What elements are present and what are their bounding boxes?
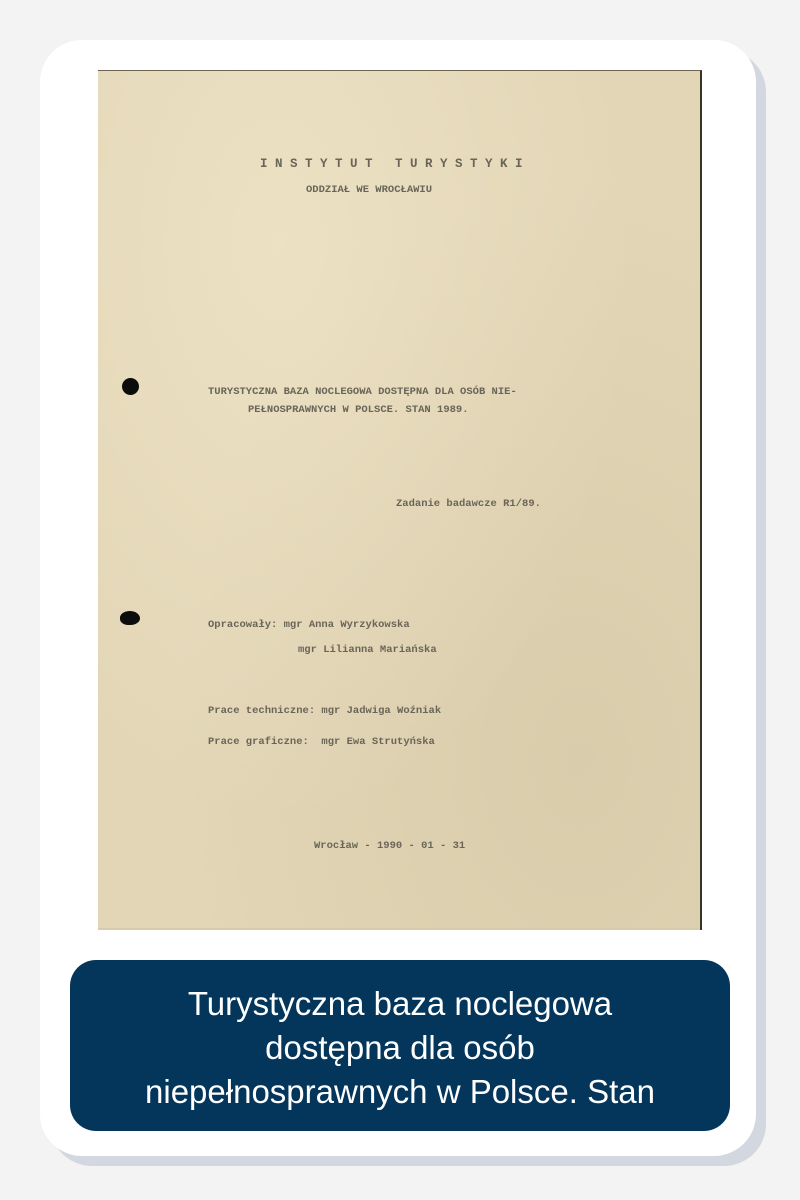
scanned-document-page[interactable]: I N S T Y T U T T U R Y S T Y K I ODDZIA… [98, 70, 702, 930]
punch-hole-bottom [120, 611, 140, 625]
caption-line-3: niepełnosprawnych w Polsce. Stan [70, 1070, 730, 1114]
authors-line-2: mgr Lilianna Mariańska [298, 644, 437, 656]
caption-line-2: dostępna dla osób [70, 1026, 730, 1070]
punch-hole-top [122, 378, 139, 395]
authors-line-1: Opracowały: mgr Anna Wyrzykowska [208, 619, 410, 631]
institution-heading: I N S T Y T U T T U R Y S T Y K I [260, 157, 523, 171]
branch-heading: ODDZIAŁ WE WROCŁAWIU [306, 184, 432, 196]
caption-box: Turystyczna baza noclegowa dostępna dla … [70, 960, 730, 1131]
document-title-line-2: PEŁNOSPRAWNYCH W POLSCE. STAN 1989. [248, 404, 469, 416]
graphic-work-credit: Prace graficzne: mgr Ewa Strutyńska [208, 736, 435, 748]
research-task-number: Zadanie badawcze R1/89. [396, 498, 541, 510]
scan-edge [98, 928, 700, 930]
document-title-line-1: TURYSTYCZNA BAZA NOCLEGOWA DOSTĘPNA DLA … [208, 386, 517, 398]
caption-line-1: Turystyczna baza noclegowa [70, 982, 730, 1026]
place-and-date: Wrocław - 1990 - 01 - 31 [314, 840, 465, 852]
technical-work-credit: Prace techniczne: mgr Jadwiga Woźniak [208, 705, 441, 717]
